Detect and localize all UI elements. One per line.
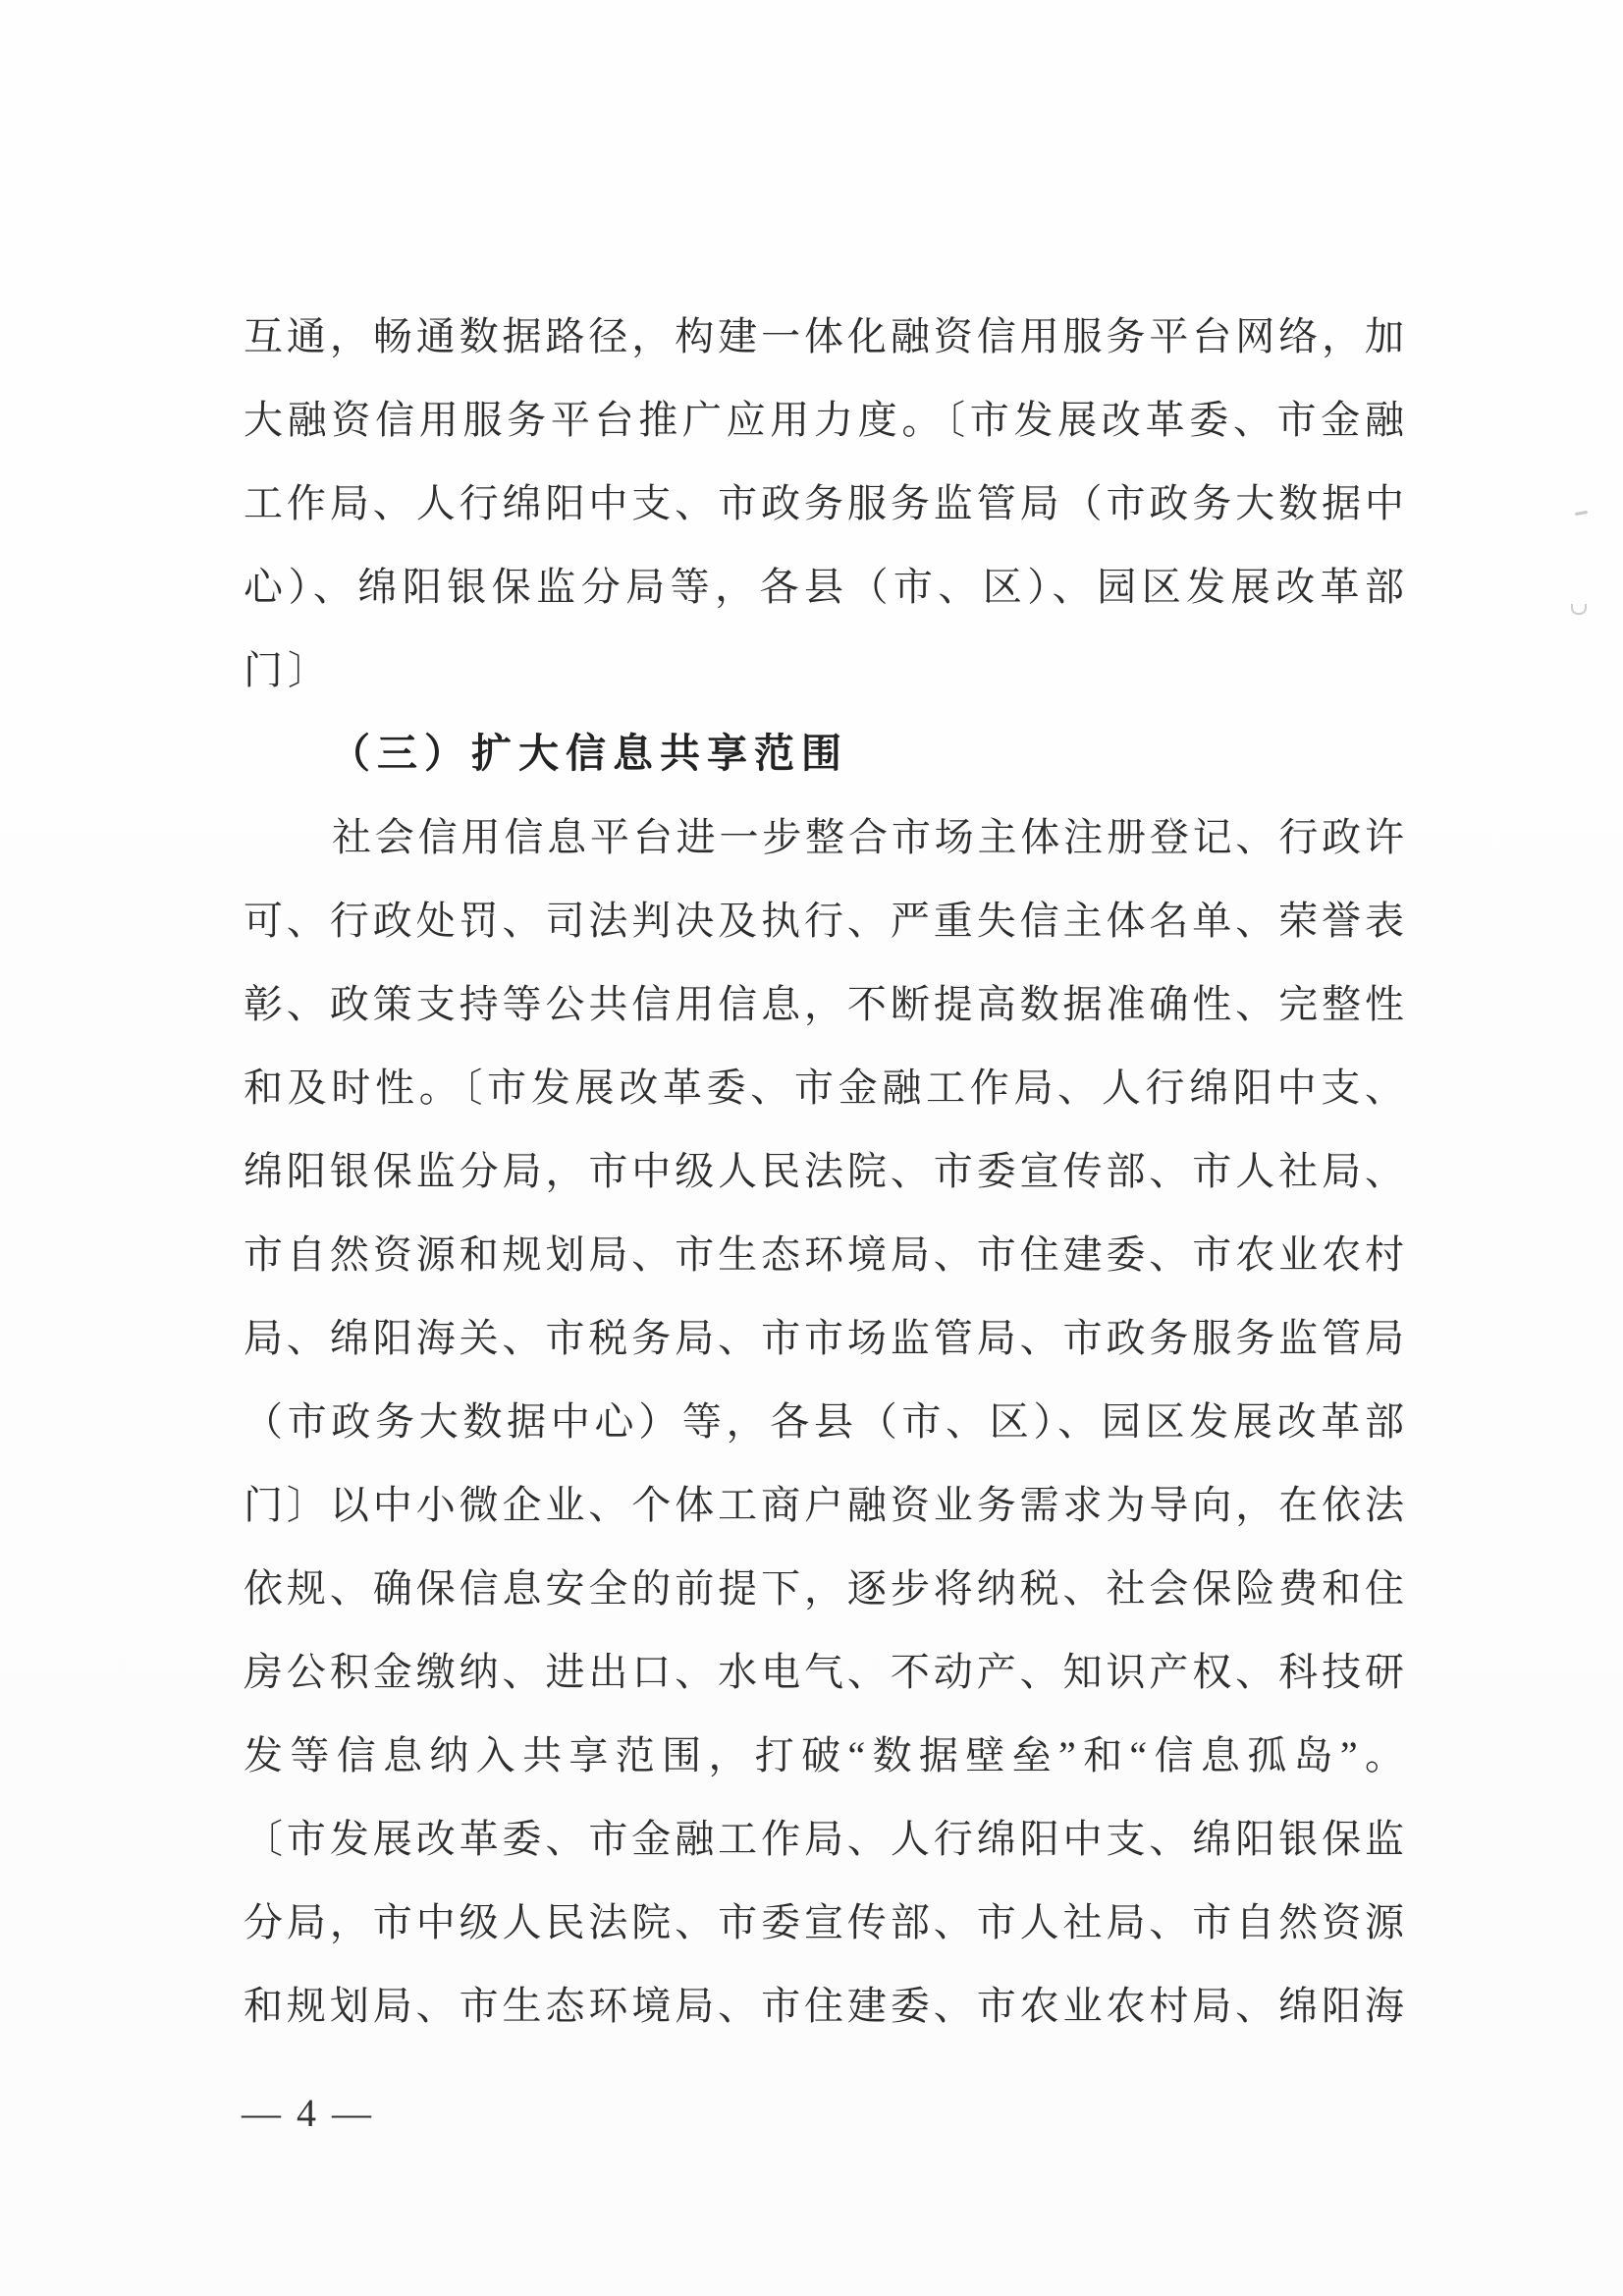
- text-line: 分局，市中级人民法院、市委宣传部、市人社局、市自然资源: [243, 1881, 1404, 1964]
- text-line: 彰、政策支持等公共信用信息，不断提高数据准确性、完整性: [243, 962, 1404, 1046]
- text-line: 和及时性。〔市发展改革委、市金融工作局、人行绵阳中支、: [243, 1046, 1404, 1129]
- text-line: 市自然资源和规划局、市生态环境局、市住建委、市农业农村: [243, 1213, 1404, 1296]
- text-line: 社会信用信息平台进一步整合市场主体注册登记、行政许: [243, 795, 1404, 879]
- text-line: 工作局、人行绵阳中支、市政务服务监管局（市政务大数据中: [243, 462, 1404, 545]
- document-page: 互通，畅通数据路径，构建一体化融资信用服务平台网络，加大融资信用服务平台推广应用…: [0, 0, 1623, 2296]
- page-number: — 4 —: [242, 2090, 374, 2136]
- text-line: 门〕以中小微企业、个体工商户融资业务需求为导向，在依法: [243, 1463, 1404, 1547]
- text-line: 心）、绵阳银保监分局等，各县（市、区）、园区发展改革部: [243, 545, 1404, 629]
- text-line: 发等信息纳入共享范围，打破“数据壁垒”和“信息孤岛”。: [243, 1714, 1404, 1797]
- section-heading: （三）扩大信息共享范围: [243, 712, 1404, 795]
- text-line: 大融资信用服务平台推广应用力度。〔市发展改革委、市金融: [243, 378, 1404, 462]
- text-line: 局、绵阳海关、市税务局、市市场监管局、市政务服务监管局: [243, 1296, 1404, 1380]
- text-line: 绵阳银保监分局，市中级人民法院、市委宣传部、市人社局、: [243, 1129, 1404, 1213]
- text-line: （市政务大数据中心）等，各县（市、区）、园区发展改革部: [243, 1380, 1404, 1463]
- text-line: 房公积金缴纳、进出口、水电气、不动产、知识产权、科技研: [243, 1630, 1404, 1714]
- text-line: 门〕: [243, 629, 1404, 712]
- text-line: 可、行政处罚、司法判决及执行、严重失信主体名单、荣誉表: [243, 879, 1404, 962]
- text-line: 依规、确保信息安全的前提下，逐步将纳税、社会保险费和住: [243, 1547, 1404, 1630]
- text-line: 互通，畅通数据路径，构建一体化融资信用服务平台网络，加: [243, 295, 1404, 378]
- scan-artifact: [1575, 511, 1588, 516]
- scan-artifact: [1571, 604, 1587, 615]
- text-line: 〔市发展改革委、市金融工作局、人行绵阳中支、绵阳银保监: [243, 1797, 1404, 1881]
- text-line: 和规划局、市生态环境局、市住建委、市农业农村局、绵阳海: [243, 1964, 1404, 2048]
- document-body: 互通，畅通数据路径，构建一体化融资信用服务平台网络，加大融资信用服务平台推广应用…: [243, 295, 1404, 2048]
